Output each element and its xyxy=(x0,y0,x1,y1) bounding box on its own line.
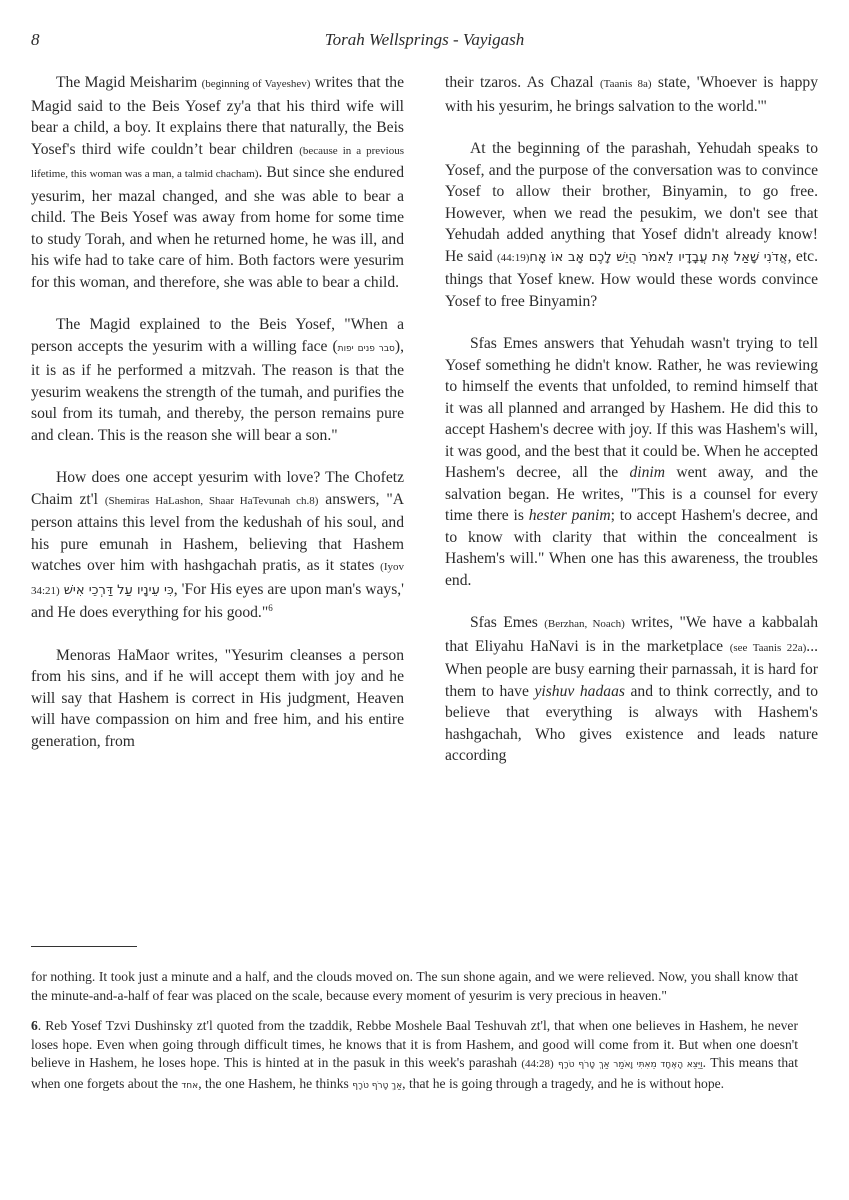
footnote-separator xyxy=(31,946,137,947)
paragraph-magid-explained: The Magid explained to the Beis Yosef, "… xyxy=(31,314,404,446)
hebrew-verse: וַיֵּצֵא הָאֶחָד מֵאִתִּי וָאֹמַר אַךְ ט… xyxy=(558,1060,703,1070)
hebrew-phrase: סבר פנים יפות xyxy=(338,344,395,354)
text: Menoras HaMaor writes, "Yesurim cleanses… xyxy=(31,647,404,750)
running-title: Torah Wellsprings - Vayigash xyxy=(0,30,849,50)
citation: (see Taanis 22a) xyxy=(730,642,807,654)
citation: (Berzhan, Noach) xyxy=(544,618,625,630)
right-column: their tzaros. As Chazal (Taanis 8a) stat… xyxy=(445,72,818,788)
hebrew-verse: כִּי עֵינָיו עַל דַּרְכֵי אִישׁ xyxy=(64,583,174,598)
text: . But since she endured yesurim, her maz… xyxy=(31,164,404,291)
citation: (beginning of Vayeshev) xyxy=(202,78,311,90)
paragraph-menoras-hamaor: Menoras HaMaor writes, "Yesurim cleanses… xyxy=(31,645,404,753)
text: The Magid Meisharim xyxy=(56,74,197,91)
citation: (Taanis 8a) xyxy=(600,78,652,90)
paragraph-sfas-emes-writes: Sfas Emes (Berzhan, Noach) writes, "We h… xyxy=(445,612,818,767)
paragraph-sfas-emes-answers: Sfas Emes answers that Yehudah wasn't tr… xyxy=(445,333,818,591)
italic-term: dinim xyxy=(630,464,666,481)
text: , that he is going through a tragedy, an… xyxy=(402,1076,724,1091)
footnote-continued: for nothing. It took just a minute and a… xyxy=(31,968,798,1005)
footnote-6: 6. Reb Yosef Tzvi Dushinsky zt'l quoted … xyxy=(31,1017,798,1095)
paragraph-continued: their tzaros. As Chazal (Taanis 8a) stat… xyxy=(445,72,818,117)
text: , the one Hashem, he thinks xyxy=(198,1076,352,1091)
citation: (44:19) xyxy=(497,252,529,264)
text: their tzaros. As Chazal xyxy=(445,74,600,91)
left-column: The Magid Meisharim (beginning of Vayesh… xyxy=(31,72,404,773)
hebrew-phrase: אַךְ טָרֹף טֹרָף xyxy=(352,1081,402,1091)
footnote-ref[interactable]: 6 xyxy=(268,603,273,613)
italic-term: hester panim xyxy=(529,507,611,524)
paragraph-parashah-beginning: At the beginning of the parashah, Yehuda… xyxy=(445,138,818,312)
footnote-number: 6 xyxy=(31,1018,38,1033)
footnotes: for nothing. It took just a minute and a… xyxy=(31,968,798,1108)
citation: (44:28) xyxy=(521,1058,553,1070)
hebrew-word: אחד xyxy=(181,1081,198,1091)
text: Sfas Emes answers that Yehudah wasn't tr… xyxy=(445,335,818,481)
italic-term: yishuv hadaas xyxy=(534,683,624,700)
text: for nothing. It took just a minute and a… xyxy=(31,969,798,1003)
citation: (Shemiras HaLashon, Shaar HaTevunah ch.8… xyxy=(105,495,319,507)
paragraph-chofetz-chaim: How does one accept yesurim with love? T… xyxy=(31,467,404,624)
page-header: 8 Torah Wellsprings - Vayigash xyxy=(0,30,849,56)
hebrew-verse: אֲדֹנִי שָׁאַל אֶת עֲבָדָיו לֵאמֹר הֲיֵש… xyxy=(529,250,787,265)
text: Sfas Emes xyxy=(470,614,544,631)
text: At the beginning of the parashah, Yehuda… xyxy=(445,140,818,265)
paragraph-magid-meisharim: The Magid Meisharim (beginning of Vayesh… xyxy=(31,72,404,293)
